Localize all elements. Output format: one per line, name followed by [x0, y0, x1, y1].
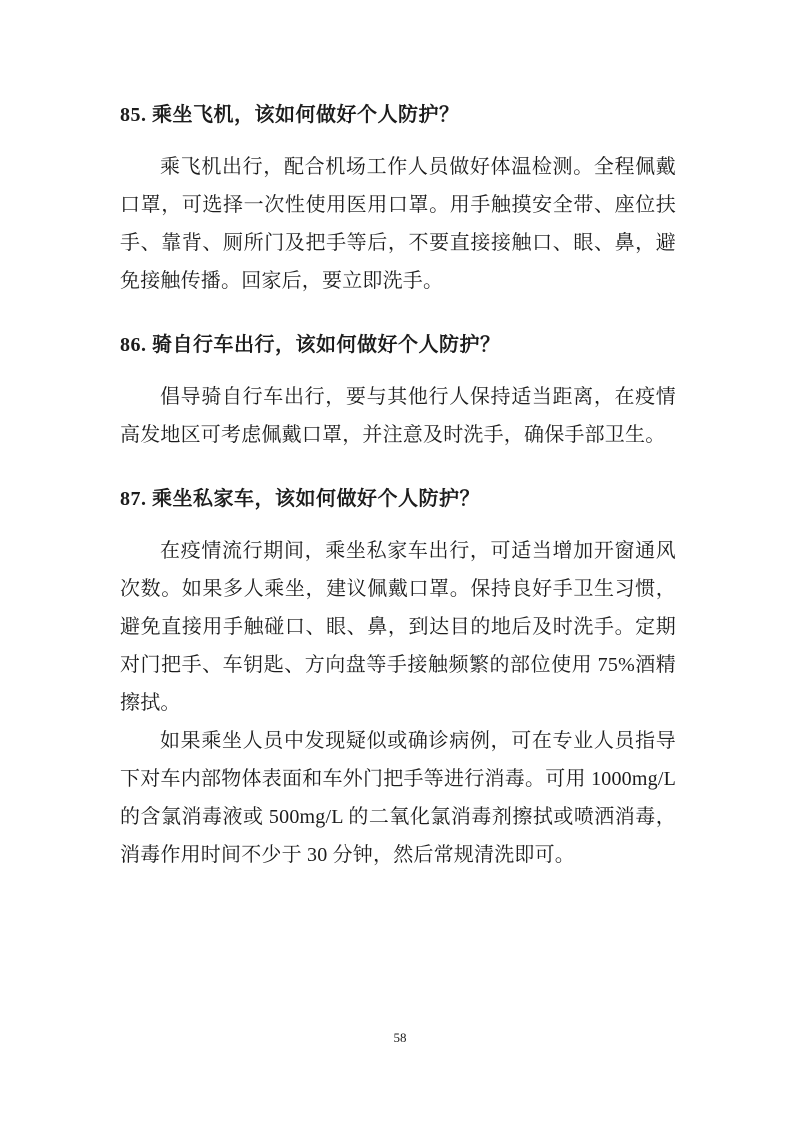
qa-section-87: 87. 乘坐私家车，该如何做好个人防护？ 在疫情流行期间，乘坐私家车出行，可适当… [120, 480, 676, 874]
question-heading: 87. 乘坐私家车，该如何做好个人防护？ [120, 480, 676, 518]
page-number: 58 [0, 1030, 800, 1046]
answer-paragraph: 如果乘坐人员中发现疑似或确诊病例，可在专业人员指导下对车内部物体表面和车外门把手… [120, 722, 676, 874]
qa-section-86: 86. 骑自行车出行，该如何做好个人防护？ 倡导骑自行车出行，要与其他行人保持适… [120, 326, 676, 454]
answer-paragraph: 在疫情流行期间，乘坐私家车出行，可适当增加开窗通风次数。如果多人乘坐，建议佩戴口… [120, 532, 676, 722]
question-heading: 86. 骑自行车出行，该如何做好个人防护？ [120, 326, 676, 364]
qa-section-85: 85. 乘坐飞机，该如何做好个人防护？ 乘飞机出行，配合机场工作人员做好体温检测… [120, 96, 676, 300]
answer-paragraph: 乘飞机出行，配合机场工作人员做好体温检测。全程佩戴口罩，可选择一次性使用医用口罩… [120, 148, 676, 300]
question-heading: 85. 乘坐飞机，该如何做好个人防护？ [120, 96, 676, 134]
answer-paragraph: 倡导骑自行车出行，要与其他行人保持适当距离，在疫情高发地区可考虑佩戴口罩，并注意… [120, 378, 676, 454]
document-page: 85. 乘坐飞机，该如何做好个人防护？ 乘飞机出行，配合机场工作人员做好体温检测… [0, 0, 800, 1131]
